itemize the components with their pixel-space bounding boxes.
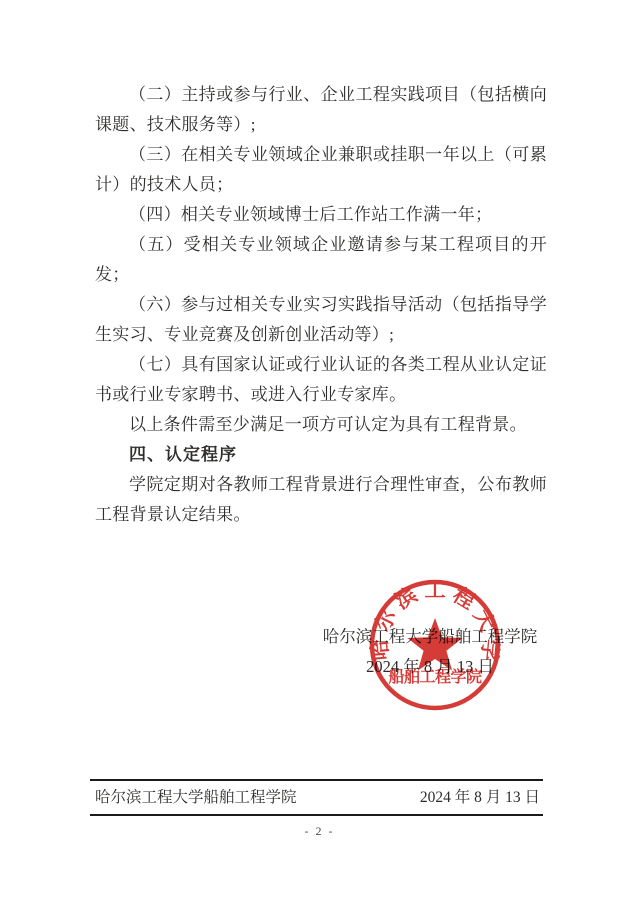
clause-item-7: （七）具有国家认证或行业认证的各类工程从业认定证书或行业专家聘书、或进入行业专家… — [95, 350, 547, 410]
closing-paragraph: 学院定期对各教师工程背景进行合理性审查，公布教师工程背景认定结果。 — [95, 470, 547, 530]
section-heading: 四、认定程序 — [95, 440, 547, 470]
clause-item-2: （二）主持或参与行业、企业工程实践项目（包括横向课题、技术服务等）; — [95, 80, 547, 140]
signature-block: 哈尔滨工程大学船舶工程学院 2024 年 8 月 13 日 — [313, 622, 547, 682]
footer-rule-bottom — [90, 814, 543, 816]
clause-summary: 以上条件需至少满足一项方可认定为具有工程背景。 — [95, 410, 547, 440]
page-number: - 2 - — [0, 824, 639, 839]
footer-org: 哈尔滨工程大学船舶工程学院 — [95, 786, 297, 810]
clause-item-6: （六）参与过相关专业实习实践指导活动（包括指导学生实习、专业竞赛及创新创业活动等… — [95, 290, 547, 350]
document-page: （二）主持或参与行业、企业工程实践项目（包括横向课题、技术服务等）; （三）在相… — [0, 0, 639, 904]
signature-date: 2024 年 8 月 13 日 — [313, 652, 547, 682]
footer: 哈尔滨工程大学船舶工程学院 2024 年 8 月 13 日 — [95, 786, 540, 810]
clause-item-3: （三）在相关专业领域企业兼职或挂职一年以上（可累计）的技术人员； — [95, 140, 547, 200]
footer-rule-top — [90, 779, 543, 781]
signature-org: 哈尔滨工程大学船舶工程学院 — [313, 622, 547, 652]
footer-date: 2024 年 8 月 13 日 — [420, 786, 540, 810]
document-body: （二）主持或参与行业、企业工程实践项目（包括横向课题、技术服务等）; （三）在相… — [95, 80, 547, 530]
clause-item-4: （四）相关专业领域博士后工作站工作满一年； — [95, 200, 547, 230]
clause-item-5: （五）受相关专业领域企业邀请参与某工程项目的开发； — [95, 230, 547, 290]
